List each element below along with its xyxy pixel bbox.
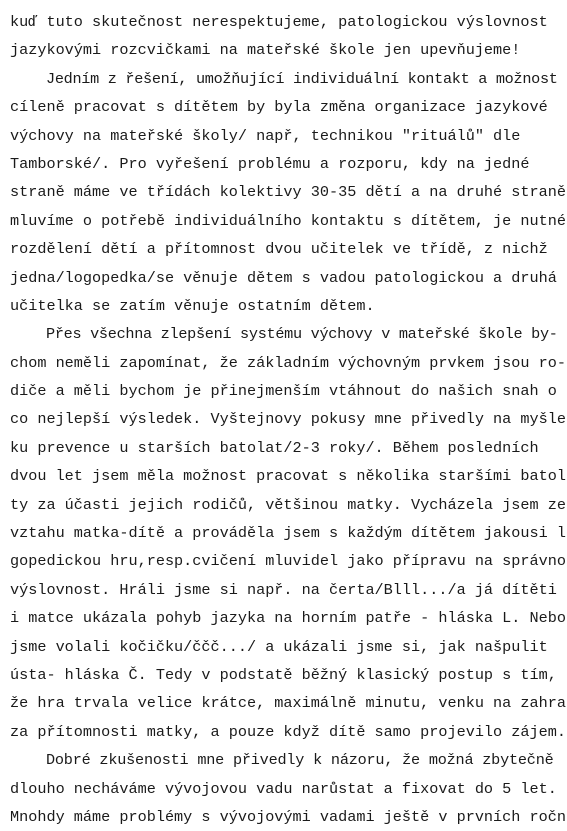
text-line: ty za účasti jejich rodičů, většinou mat… [10, 491, 567, 519]
text-line: dvou let jsem měla možnost pracovat s ně… [10, 462, 567, 490]
text-line: dlouho necháváme vývojovou vadu narůstat… [10, 775, 567, 803]
text-line: učitelka se zatím věnuje ostatním dětem. [10, 292, 567, 320]
text-line: diče a měli bychom je přinejmenším vtáhn… [10, 377, 567, 405]
text-line: jazykovými rozcvičkami na mateřské škole… [10, 36, 567, 64]
text-line: i matce ukázala pohyb jazyka na horním p… [10, 604, 567, 632]
text-line: rozdělení dětí a přítomnost dvou učitele… [10, 235, 567, 263]
text-line: jsme volali kočičku/ččč.../ a ukázali js… [10, 633, 567, 661]
text-line: Přes všechna zlepšení systému výchovy v … [10, 320, 567, 348]
text-line: Tamborské/. Pro vyřešení problému a rozp… [10, 150, 567, 178]
text-line: vztahu matka-dítě a prováděla jsem s kaž… [10, 519, 567, 547]
text-line: že hra trvala velice krátce, maximálně m… [10, 689, 567, 717]
text-line: jedna/logopedka/se věnuje dětem s vadou … [10, 264, 567, 292]
text-line: ústa- hláska Č. Tedy v podstatě běžný kl… [10, 661, 567, 689]
text-line: mluvíme o potřebě individuálního kontakt… [10, 207, 567, 235]
text-line: Dobré zkušenosti mne přivedly k názoru, … [10, 746, 567, 774]
text-line: za přítomnosti matky, a pouze když dítě … [10, 718, 567, 746]
typewritten-page: kuď tuto skutečnost nerespektujeme, pato… [10, 8, 567, 831]
text-line: kuď tuto skutečnost nerespektujeme, pato… [10, 8, 567, 36]
text-line: chom neměli zapomínat, že základním vých… [10, 349, 567, 377]
text-line: ku prevence u starších batolat/2-3 roky/… [10, 434, 567, 462]
text-line: straně máme ve třídách kolektivy 30-35 d… [10, 178, 567, 206]
text-line: Jedním z řešení, umožňující individuální… [10, 65, 567, 93]
text-line: cíleně pracovat s dítětem by byla změna … [10, 93, 567, 121]
text-line: Mnohdy máme problémy s vývojovými vadami… [10, 803, 567, 831]
text-line: výslovnost. Hráli jsme si např. na čerta… [10, 576, 567, 604]
text-line: gopedickou hru,resp.cvičení mluvidel jak… [10, 547, 567, 575]
text-line: výchovy na mateřské školy/ např, technik… [10, 122, 567, 150]
text-line: co nejlepší výsledek. Vyštejnovy pokusy … [10, 405, 567, 433]
